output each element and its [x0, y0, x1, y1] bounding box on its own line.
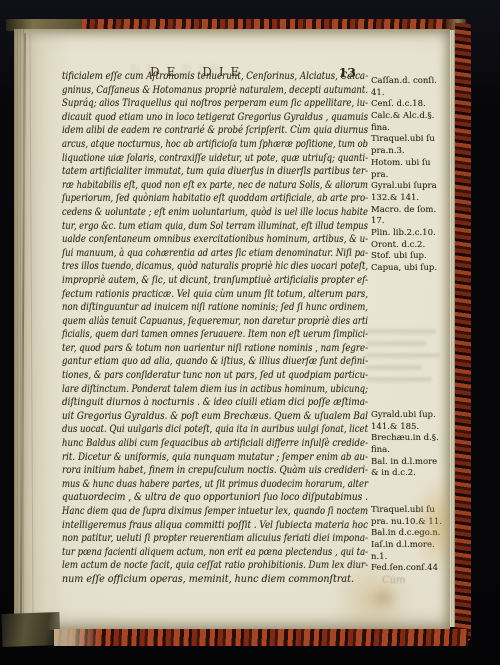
body-line: cedens & uoluntate ; eſt enim uoluntariu… — [62, 206, 368, 220]
body-line: uit Gregorius Gyraldus. & poſt eum Brech… — [62, 410, 368, 424]
body-line: tificialem eſſe cum Aſtronomis tenuerunt… — [62, 70, 368, 84]
margin-note-line: Brechæu.in d.§. — [371, 433, 450, 445]
bleedthrough-marks — [366, 329, 450, 389]
body-line: dicauit quod etiam uno in loco tetigerat… — [62, 111, 368, 125]
body-line: quem aliàs tenuit Capuanus, ſequeremur, … — [62, 315, 368, 329]
body-line: mus & hunc duas habere partes, ut ſit pr… — [62, 478, 368, 492]
body-line: Supráq; alios Tiraquellus qui noſtros pe… — [62, 97, 368, 111]
fore-edge-marble — [455, 23, 471, 641]
margin-note-line: pra. — [371, 170, 450, 182]
margin-note-line: 17. — [371, 216, 450, 228]
body-line: non diſtinguuntur ad inuicem niſi ration… — [62, 301, 368, 315]
body-line: tiones, & pars conſideratur tunc non ut … — [62, 369, 368, 383]
margin-note-line: Caſſan.d. conſi. — [371, 76, 450, 88]
bottom-edge-marble — [54, 629, 468, 646]
body-line: idem alibi de eadem re contrarié & probé… — [62, 124, 368, 138]
body-line: ualde conſentaneum omnibus exercitationi… — [62, 233, 368, 247]
body-line: non patitur, ueluti ſi propter reuerenti… — [62, 532, 368, 546]
body-line: tatem artificialiter immutat, tum quia d… — [62, 165, 368, 179]
margin-note-line: 132.& 141. — [371, 193, 450, 205]
body-line: ficialis, quem dari tamen omnes ſeruauer… — [62, 328, 368, 342]
margin-note-line: Cenſ. d.c.18. — [371, 99, 450, 111]
margin-notes-b: Gyrald.ubi ſup.141.& 185.Brechæu.in d.§.… — [371, 410, 450, 480]
cover-corner-bottom-left — [1, 612, 60, 647]
body-line: liquatione uiæ ſolaris, contraxiſſe uide… — [62, 152, 368, 166]
body-line: rora initium habet, finem in crepuſculum… — [62, 464, 368, 478]
body-line: dus uocat. Qui uulgaris dici poteſt, qui… — [62, 423, 368, 437]
body-line: diſtinguit diurnos à nocturnis . & ideo … — [62, 396, 368, 410]
body-line: gantur etiam quo ad alia, quando & iſtiu… — [62, 355, 368, 369]
margin-note-line: Hotom. ubi ſu — [371, 158, 450, 170]
margin-note-line: 41. — [371, 88, 450, 100]
body-line: num eſſe officium operas, meminit, hunc … — [62, 573, 354, 587]
margin-note-line: fina. — [371, 123, 450, 135]
body-line: ter, quod pars & totum non uarientur niſ… — [62, 342, 368, 356]
margin-note-line: fina. — [371, 445, 450, 457]
body-line: ræ habitabilis eſt, quod non eſt ex part… — [62, 179, 368, 193]
body-line: rit. Dicetur & uniformis, quia nunquam m… — [62, 451, 368, 465]
stain-3 — [370, 585, 398, 611]
book-photo: DE DIE DE DIE 13 tificialem eſſe cum Aſt… — [0, 0, 500, 665]
body-line: tur pœna facienti aliquem actum, non eri… — [62, 546, 368, 560]
body-line: tres illos tuendo, dicamus, quòd natural… — [62, 260, 368, 274]
body-line: intelligeremus fraus aliqua committi poſ… — [62, 519, 368, 533]
margin-note-line: Oront. d.c.2. — [371, 240, 450, 252]
margin-note-line: Gyrald.ubi ſup. — [371, 410, 450, 422]
margin-note-line: Tiraquel.ubi ſu — [371, 134, 450, 146]
body-line: tur, ergo &c. tum etiam quia, dum Sol te… — [62, 220, 368, 234]
margin-note-line: Calc.& Alc.d.§. — [371, 111, 450, 123]
margin-note-line: Macro. de ſom. — [371, 205, 450, 217]
body-line: ſuperiorum, ſed quòniam habitatio eſt qu… — [62, 192, 368, 206]
margin-note-line: pra.n.3. — [371, 146, 450, 158]
body-line: Hanc diem qua de ſupra diximus ſemper in… — [62, 505, 368, 519]
margin-notes-a: Caſſan.d. conſi.41.Cenſ. d.c.18.Calc.& A… — [371, 76, 450, 275]
margin-note-line: Plin. lib.2.c.10. — [371, 228, 450, 240]
body-line: lem actum de nocte facit, quia ceſſat ra… — [62, 559, 368, 573]
body-line: hunc Baldus alibi cum ſequacibus ab arti… — [62, 437, 368, 451]
margin-note-line: Stof. ubi ſup. — [371, 251, 450, 263]
body-line: ſui manuum, à qua cohærentia ad artes ſi… — [62, 247, 368, 261]
body-line: quatuordecim , & ultra de quo opportunio… — [62, 491, 368, 505]
page: DE DIE DE DIE 13 tificialem eſſe cum Aſt… — [14, 29, 450, 630]
margin-note-line: 141.& 185. — [371, 422, 450, 434]
margin-note-line: Gyral.ubi ſupra — [371, 181, 450, 193]
margin-note-line: Bal. in d.l.more — [371, 457, 450, 469]
margin-note-line: Capua, ubi ſup. — [371, 263, 450, 275]
body-line: fectum rationis practicæ. Vel quia cùm u… — [62, 288, 368, 302]
body-line: impropriè autem, & ſic, ut dicunt, tranſ… — [62, 274, 368, 288]
body-line: lare diſtinctum. Ponderat talem diem ius… — [62, 383, 368, 397]
body-line: arcus, atque nocturnus, hoc ab artificio… — [62, 138, 368, 152]
body-line: gninus, Caſſaneus & Hotomanus propriè na… — [62, 84, 368, 98]
body-text: tificialem eſſe cum Aſtronomis tenuerunt… — [62, 70, 368, 587]
